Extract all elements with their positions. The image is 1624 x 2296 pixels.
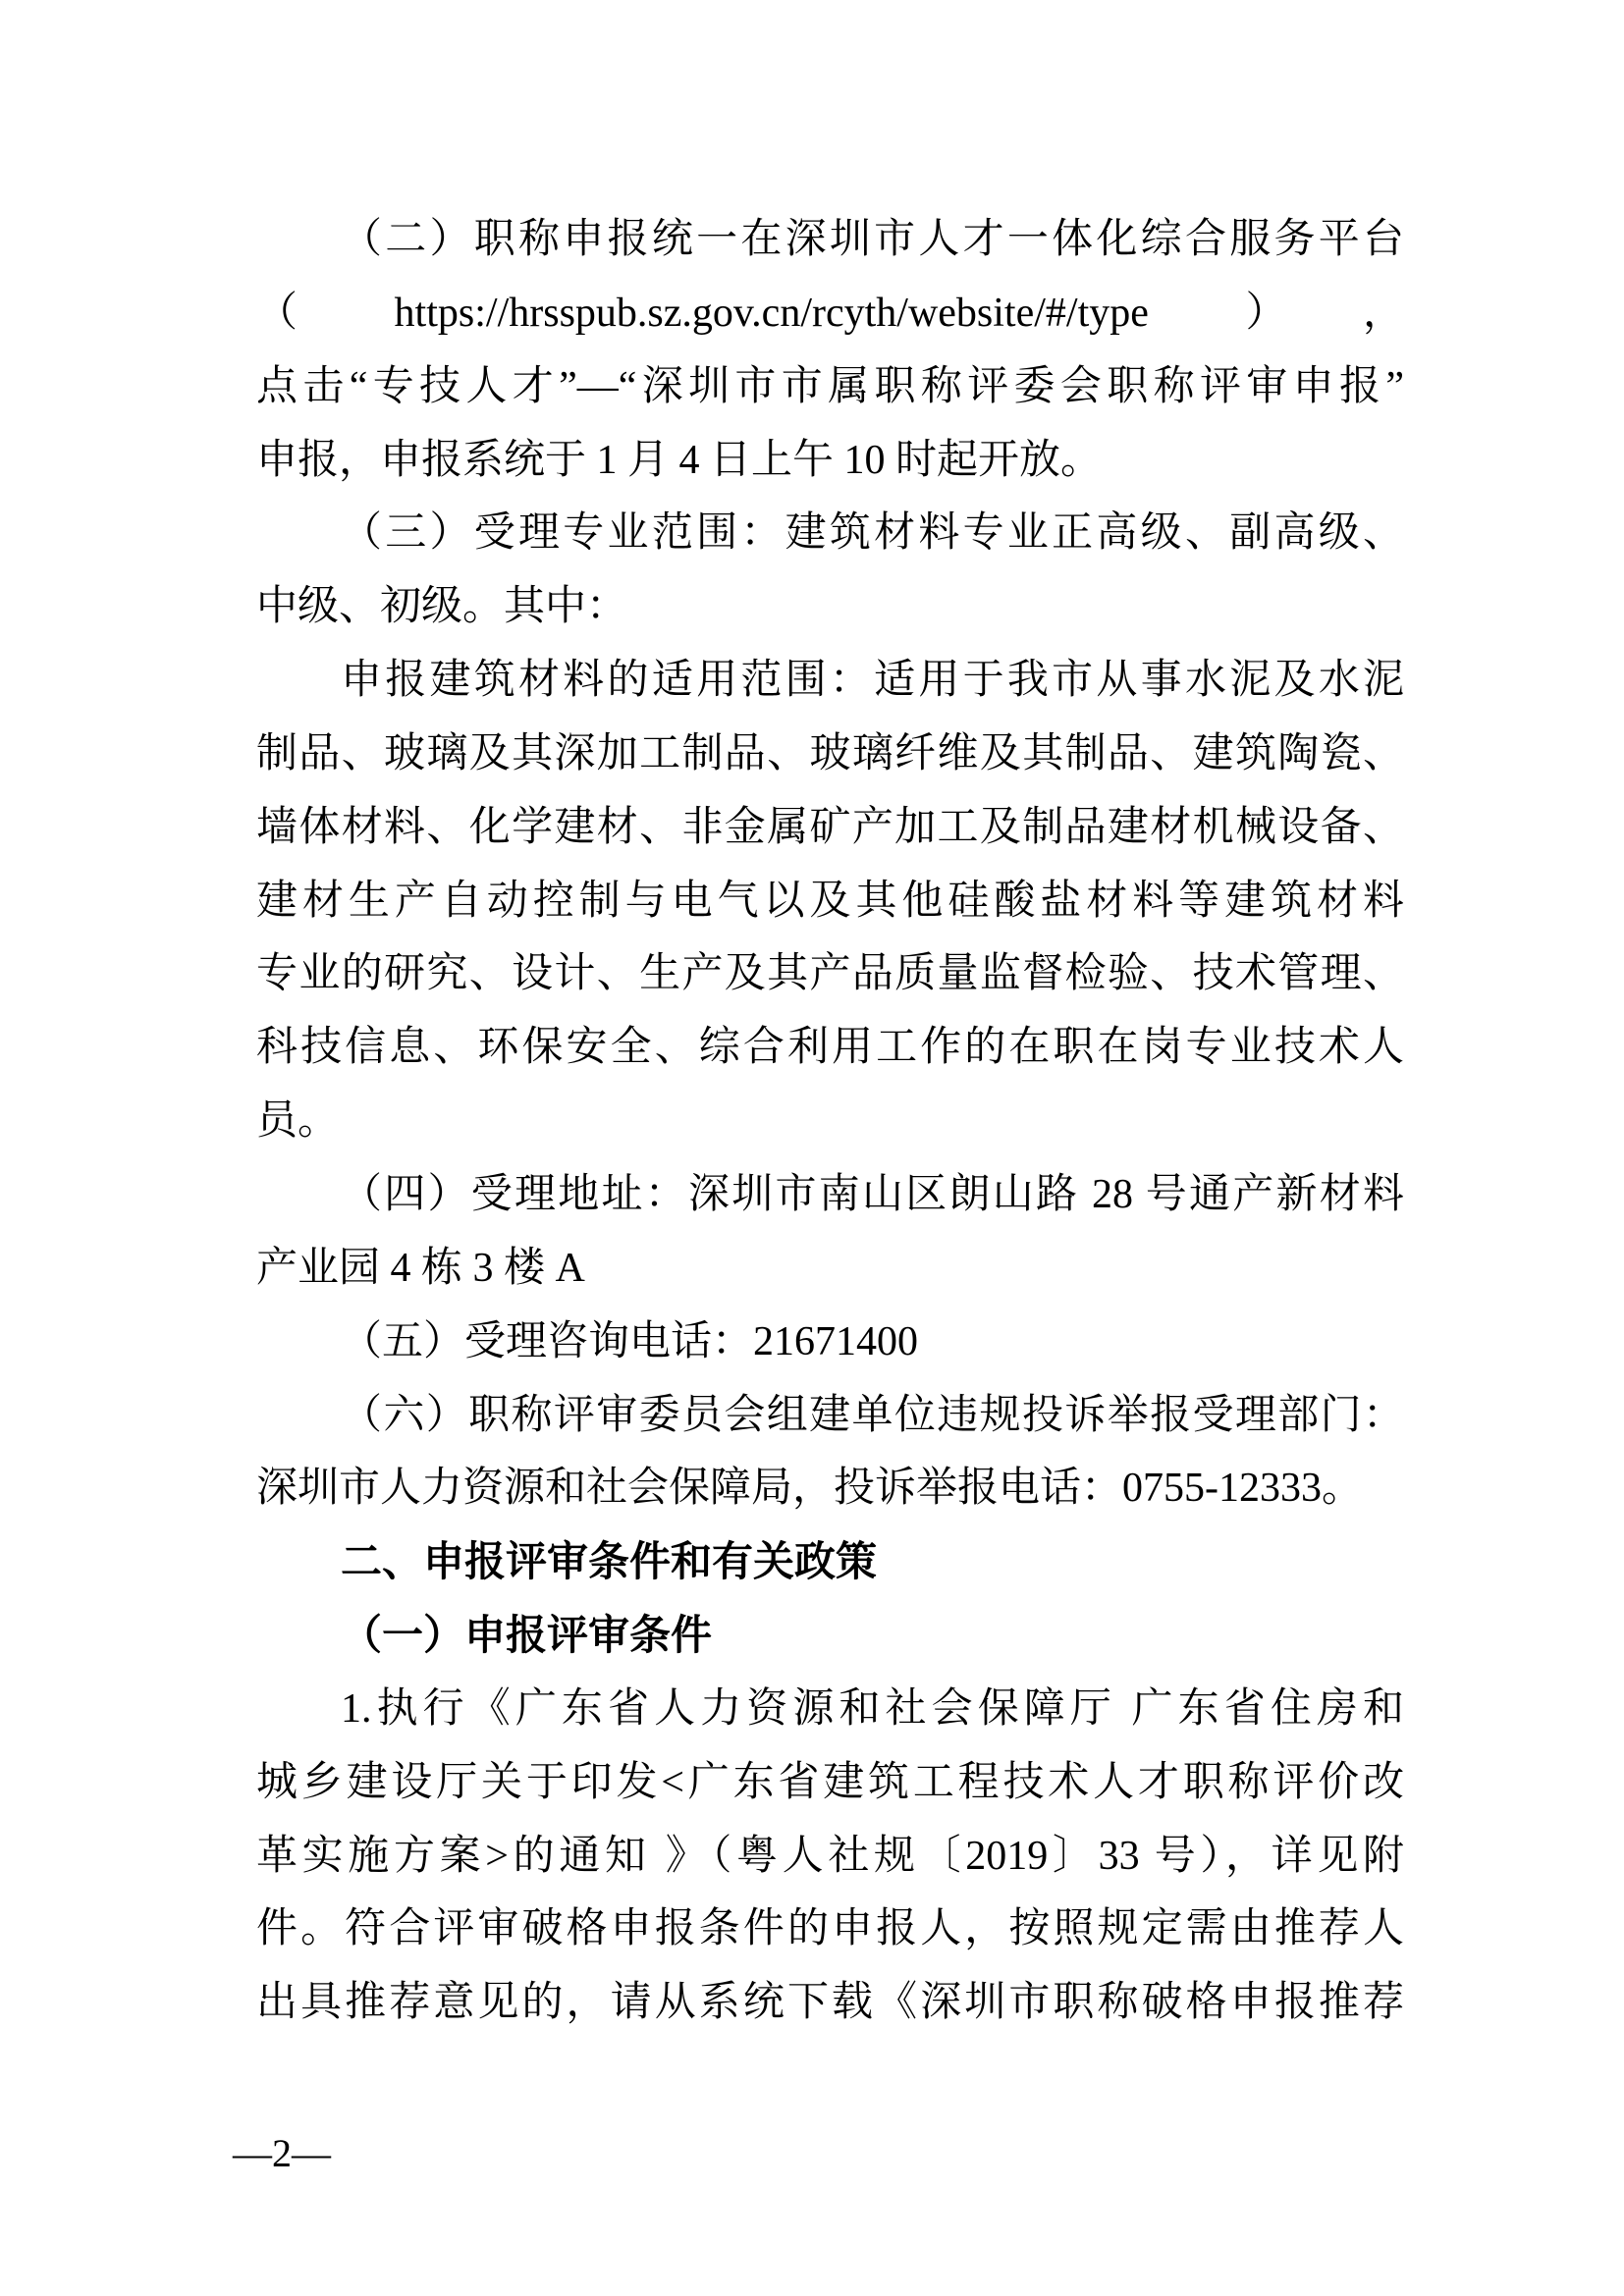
doc-line: 申报，申报系统于 1 月 4 日上午 10 时起开放。 [256, 424, 1404, 498]
doc-line-complaint-phone: 深圳市人力资源和社会保障局，投诉举报电话：0755-12333。 [256, 1452, 1404, 1525]
page-number: —2— [233, 2132, 331, 2175]
doc-line: 申报建筑材料的适用范围：适用于我市从事水泥及水泥 [256, 644, 1404, 718]
doc-line: 制品、玻璃及其深加工制品、玻璃纤维及其制品、建筑陶瓷、 [256, 718, 1404, 791]
doc-line: 中级、初级。其中： [256, 570, 1404, 644]
doc-line: 科技信息、环保安全、综合利用工作的在职在岗专业技术人 [256, 1011, 1404, 1085]
doc-line: 出具推荐意见的，请从系统下载《深圳市职称破格申报推荐 [256, 1966, 1404, 2040]
doc-line: 专业的研究、设计、生产及其产品质量监督检验、技术管理、 [256, 937, 1404, 1011]
doc-line: （二）职称申报统一在深圳市人才一体化综合服务平台 [256, 203, 1404, 277]
doc-line: 城乡建设厅关于印发<广东省建筑工程技术人才职称评价改 [256, 1746, 1404, 1820]
document-page: （二）职称申报统一在深圳市人才一体化综合服务平台 （https://hrsspu… [0, 0, 1624, 2296]
doc-line: 墙体材料、化学建材、非金属矿产加工及制品建材机械设备、 [256, 791, 1404, 865]
doc-line: （三）受理专业范围：建筑材料专业正高级、副高级、 [256, 497, 1404, 570]
document-body: （二）职称申报统一在深圳市人才一体化综合服务平台 （https://hrsspu… [256, 203, 1404, 2040]
doc-line: 1.执行《广东省人力资源和社会保障厅 广东省住房和 [256, 1673, 1404, 1746]
doc-line-phone: （五）受理咨询电话：21671400 [256, 1306, 1404, 1379]
section-heading: 二、申报评审条件和有关政策 [256, 1525, 1404, 1599]
doc-line-address: 产业园 4 栋 3 楼 A [256, 1232, 1404, 1306]
doc-line: 革实施方案>的通知 》（粤人社规〔2019〕33 号），详见附 [256, 1820, 1404, 1894]
doc-line: 件。符合评审破格申报条件的申报人，按照规定需由推荐人 [256, 1893, 1404, 1966]
doc-line-url: （https://hrsspub.sz.gov.cn/rcyth/website… [256, 277, 1404, 350]
doc-line: 点击“专技人才”—“深圳市市属职称评委会职称评审申报” [256, 350, 1404, 424]
doc-line-address: （四）受理地址：深圳市南山区朗山路 28 号通产新材料 [256, 1158, 1404, 1232]
doc-line: 员。 [256, 1085, 1404, 1158]
doc-line: （六）职称评审委员会组建单位违规投诉举报受理部门： [256, 1379, 1404, 1453]
subsection-heading: （一）申报评审条件 [256, 1599, 1404, 1673]
doc-line: 建材生产自动控制与电气以及其他硅酸盐材料等建筑材料 [256, 865, 1404, 938]
